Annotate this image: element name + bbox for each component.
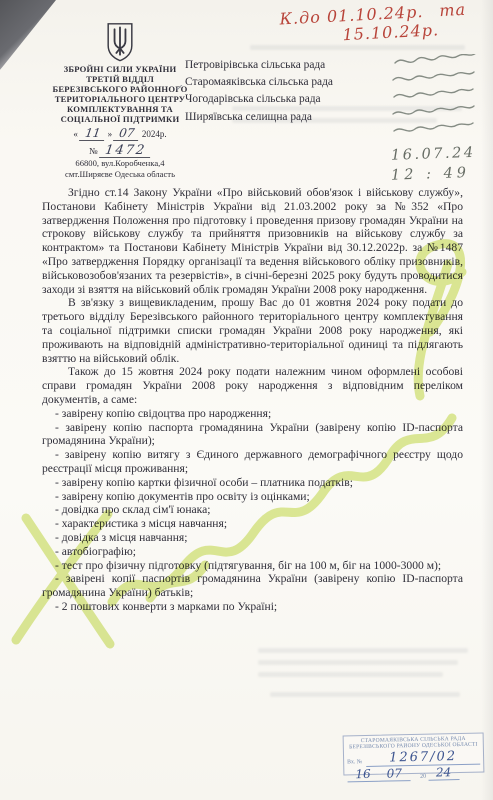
letterhead-line: КОМПЛЕКТУВАННЯ ТА [36, 104, 204, 114]
stamp-incoming-number: 1267/02 [366, 749, 480, 767]
bleed-through-text [258, 672, 443, 677]
document-list-item: - завірену копію паспорта громадянина Ук… [42, 421, 463, 449]
check-mark: ✓ [174, 82, 184, 94]
document-list-item: - завірену копію витягу з Єдиного держав… [42, 448, 463, 476]
letterhead-line: ТЕРИТОРІАЛЬНОГО ЦЕНТРУ [36, 94, 204, 104]
body-paragraph: Також до 15 жовтня 2024 року подати нале… [42, 365, 463, 406]
quote-open: « [73, 129, 78, 139]
pencil-scribble-lines [391, 54, 489, 142]
document-list-item: - довідка з місця навчання; [42, 531, 463, 545]
stamp-date-century: 20 [420, 774, 426, 780]
quote-close: » [108, 129, 113, 139]
letterhead-address-line1: 66800, вул.Коробченка,4 [36, 158, 204, 169]
incoming-stamp: СТАРОМАЯКІВСЬКА СІЛЬСЬКА РАДА БЕРЕЗІВСЬК… [343, 733, 485, 776]
addressee: Старомаяківська сільська рада [185, 74, 395, 91]
letterhead-number-row: № 1472 [36, 144, 204, 158]
document-list-item: - тест про фізичну підготовку (підтягува… [42, 559, 463, 573]
letterhead-line: ЗБРОЙНІ СИЛИ УКРАЇНИ [36, 64, 204, 74]
stamp-date-year: 24 [428, 765, 460, 781]
bleed-through-text [270, 692, 460, 697]
handwritten-day: 11 [79, 127, 106, 141]
document-list-item: - довідка про склад сім'ї юнака; [42, 503, 463, 517]
letterhead-year: 2024р. [142, 129, 167, 139]
pencil-note: 16.07.24 12 : 49 [391, 54, 491, 182]
document-list-item: - 2 поштових конверти з марками по Украї… [42, 600, 463, 614]
red-note-word-ta: та [439, 0, 467, 20]
document-list-item: - характеристика з місця навчання; [42, 517, 463, 531]
addressee: Чогодарівська сільська рада [185, 91, 395, 108]
handwritten-month: 07 [113, 127, 140, 141]
bleed-through-text [258, 660, 458, 665]
red-handwritten-note: К.до 01.10.24р.та 15.10.24р. [279, 0, 491, 47]
document-list-item: - автобіографію; [42, 545, 463, 559]
body-paragraph: В зв'язку з вищевикладеним, прошу Вас до… [42, 296, 463, 365]
addressee-list: Петровірівська сільська рада Старомаяків… [185, 57, 395, 126]
coat-of-arms-ukraine-icon [105, 22, 135, 62]
document-list-item: - завірену копію свідоцтва про народженн… [42, 407, 463, 421]
handwritten-outgoing-number: 1472 [99, 144, 152, 158]
body-paragraph: Згідно ст.14 Закону України «Про військо… [42, 186, 463, 296]
letterhead-date-row: « 11 » 07 2024р. [36, 127, 204, 141]
number-sign: № [89, 146, 98, 156]
letterhead-address-line2: смт.Ширяєве Одеська область [36, 169, 204, 180]
scanned-letter-page: К.до 01.10.24р.та 15.10.24р. ЗБРОЙНІ СИЛ… [0, 0, 493, 800]
stamp-date-day: 16 [347, 767, 379, 783]
document-list-item: - завірену копію документів про освіту і… [42, 490, 463, 504]
stamp-date-month: 07 [379, 766, 411, 782]
bleed-through-text [258, 648, 468, 653]
document-list-item: - завірену копію картки фізичної особи –… [42, 476, 463, 490]
pencil-note-date: 16.07.24 [391, 144, 491, 163]
addressee: Петровірівська сільська рада [185, 57, 395, 74]
document-list-item: - завірені копії паспортів громадянина У… [42, 572, 463, 600]
letter-body: Згідно ст.14 Закону України «Про військо… [42, 186, 463, 614]
letterhead-line: СОЦІАЛЬНОЇ ПІДТРИМКИ [36, 114, 204, 124]
addressee: Ширяївська селищна рада [185, 109, 395, 126]
letterhead: ЗБРОЙНІ СИЛИ УКРАЇНИ ТРЕТІЙ ВІДДІЛ БЕРЕЗ… [36, 22, 204, 179]
pencil-note-time: 12 : 49 [391, 164, 491, 183]
